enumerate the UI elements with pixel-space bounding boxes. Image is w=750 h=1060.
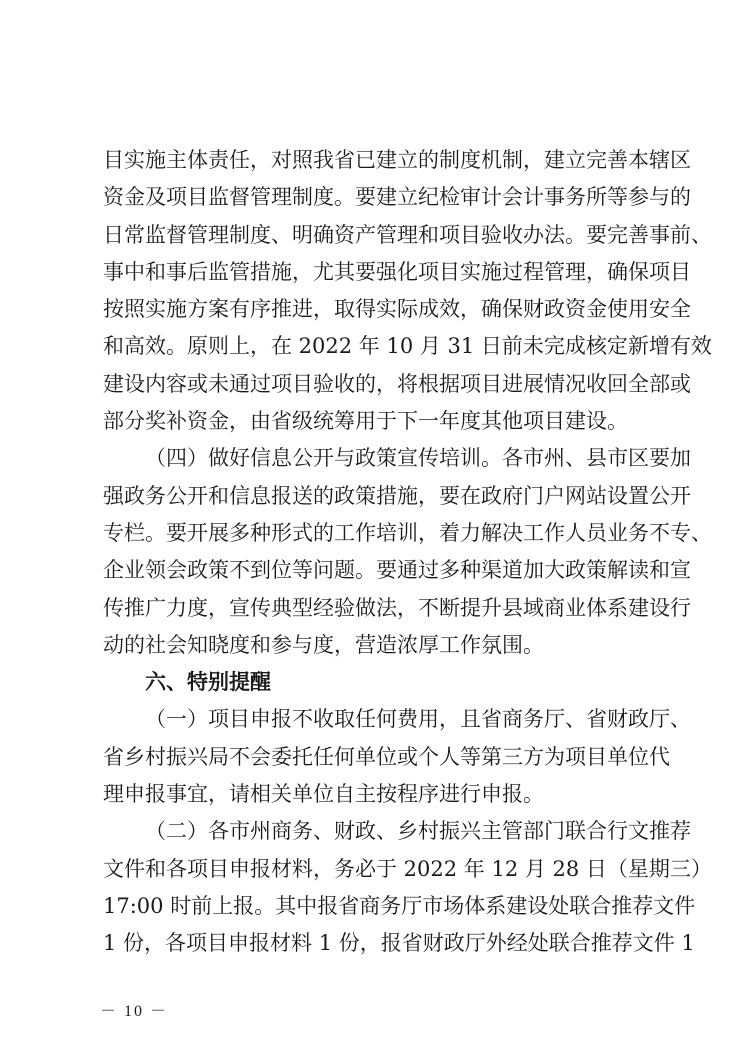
text-line: 和高效。原则上，在 2022 年 10 月 31 日前未完成核定新增有效 xyxy=(103,328,655,365)
paragraph-4-first-line: （四）做好信息公开与政策宣传培训。各市州、县市区要加 xyxy=(103,440,655,477)
text-line: 建设内容或未通过项目验收的，将根据项目进展情况收回全部或 xyxy=(103,366,655,403)
text-line: 目实施主体责任，对照我省已建立的制度机制，建立完善本辖区 xyxy=(103,142,655,179)
text-line: 文件和各项目申报材料，务必于 2022 年 12 月 28 日（星期三） xyxy=(103,851,655,888)
text-line: 动的社会知晓度和参与度，营造浓厚工作氛围。 xyxy=(103,627,655,664)
text-line: 资金及项目监督管理制度。要建立纪检审计会计事务所等参与的 xyxy=(103,179,655,216)
section-heading: 六、特别提醒 xyxy=(103,664,655,701)
document-body: 目实施主体责任，对照我省已建立的制度机制，建立完善本辖区 资金及项目监督管理制度… xyxy=(103,142,655,963)
text-line: 理申报事宜，请相关单位自主按程序进行申报。 xyxy=(103,776,655,813)
paragraph-lead: （四）做好信息公开与政策宣传培训。 xyxy=(145,446,502,470)
text-line: 企业领会政策不到位等问题。要通过多种渠道加大政策解读和宣 xyxy=(103,552,655,589)
text-line: （二）各市州商务、财政、乡村振兴主管部门联合行文推荐 xyxy=(103,813,655,850)
text-line: 1 份，各项目申报材料 1 份，报省财政厅外经处联合推荐文件 1 xyxy=(103,925,655,962)
text-line: （一）项目申报不收取任何费用，且省商务厅、省财政厅、 xyxy=(103,701,655,738)
text-line: 17:00 时前上报。其中报省商务厅市场体系建设处联合推荐文件 xyxy=(103,888,655,925)
text-line: 日常监督管理制度、明确资产管理和项目验收办法。要完善事前、 xyxy=(103,217,655,254)
text-line: 强政务公开和信息报送的政策措施，要在政府门户网站设置公开 xyxy=(103,478,655,515)
text-line: 省乡村振兴局不会委托任何单位或个人等第三方为项目单位代 xyxy=(103,739,655,776)
text-span: 各市州、县市区要加 xyxy=(502,446,691,470)
text-line: 部分奖补资金，由省级统筹用于下一年度其他项目建设。 xyxy=(103,403,655,440)
text-line: 专栏。要开展多种形式的工作培训，着力解决工作人员业务不专、 xyxy=(103,515,655,552)
text-line: 事中和事后监管措施，尤其要强化项目实施过程管理，确保项目 xyxy=(103,254,655,291)
text-line: 传推广力度，宣传典型经验做法，不断提升县域商业体系建设行 xyxy=(103,590,655,627)
text-line: 按照实施方案有序推进，取得实际成效，确保财政资金使用安全 xyxy=(103,291,655,328)
page-number: － 10 － xyxy=(100,998,168,1021)
